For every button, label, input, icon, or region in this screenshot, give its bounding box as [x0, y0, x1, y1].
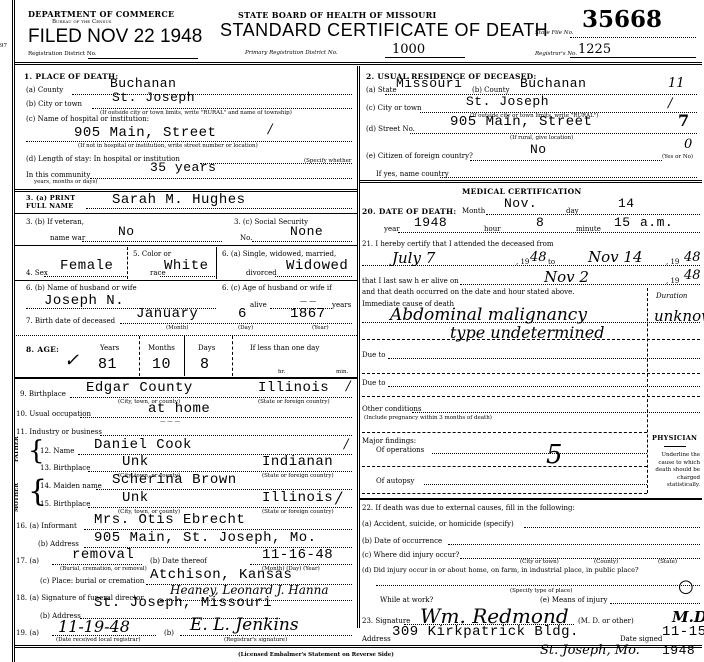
- pod-hospital-note: (If not in hospital or institution, writ…: [78, 143, 258, 149]
- registrar-sig-note: (Registrar's signature): [224, 637, 287, 643]
- mother-bp-label: 15. Birthplace: [40, 500, 90, 508]
- informant-label: 16. (a) Informant: [16, 522, 77, 530]
- medical-heading: MEDICAL CERTIFICATION: [462, 187, 582, 196]
- res-state-value: Missouri: [396, 76, 462, 91]
- operations-label: Of operations: [376, 446, 424, 454]
- last-seen-year: 48: [684, 268, 701, 283]
- age-label: 8. AGE:: [26, 345, 59, 354]
- date-year: 1948: [662, 643, 695, 658]
- embalmer-note: (Licensed Embalmer's Statement on Revers…: [238, 652, 394, 658]
- margin-number: 97: [0, 43, 7, 49]
- father-name-label: 12. Name: [40, 447, 74, 455]
- physician-heading: PHYSICIAN: [652, 434, 697, 442]
- disposition-date: 11-16-48: [262, 547, 333, 563]
- birth-day: 6: [238, 306, 247, 322]
- primary-reg-value: 1000: [392, 42, 425, 57]
- dod-day: 14: [618, 196, 635, 211]
- res-county-label: (b) County: [472, 86, 510, 94]
- registrar-number: 1225: [578, 42, 611, 57]
- res-citizen-mark: 0: [684, 137, 692, 152]
- state-board: STATE BOARD OF HEALTH OF MISSOURI: [238, 10, 437, 20]
- reg-district-label: Registration District No.: [28, 51, 97, 57]
- check-mark: /: [336, 488, 341, 507]
- deceased-name: Sarah M. Hughes: [112, 192, 246, 208]
- veteran-value: No: [118, 224, 135, 239]
- mother-side-label: MOTHER: [14, 483, 20, 512]
- spouse-value: Joseph N.: [44, 293, 124, 309]
- veteran-sub: name war: [50, 234, 85, 242]
- name-label: 3. (a) PRINT FULL NAME: [26, 194, 90, 210]
- where-label: (c) Where did injury occur?: [362, 551, 459, 559]
- res-state-label: (a) State: [366, 86, 397, 94]
- year-note: (Year): [312, 325, 329, 331]
- res-county-value: Buchanan: [520, 76, 586, 91]
- mother-name-label: 14. Maiden name: [40, 482, 102, 490]
- place-of-death-heading: 1. PLACE OF DEATH:: [24, 72, 118, 81]
- occupation-value: at home: [148, 401, 210, 417]
- months-label: Months: [148, 344, 175, 352]
- father-bp-state: Indianan: [262, 454, 333, 470]
- spouse-age-alive: alive: [250, 301, 267, 309]
- state-file-number: 35668: [582, 6, 662, 33]
- burial-place-label: (c) Place: burial or cremation: [40, 577, 144, 585]
- center-divider: [357, 66, 360, 356]
- date-signed: 11-15: [662, 624, 704, 640]
- days-value: 8: [200, 356, 210, 373]
- birth-month: January: [136, 306, 198, 322]
- marital-label: 6. (a) Single, widowed, married,: [222, 250, 336, 258]
- marital-sub: divorced: [246, 269, 277, 277]
- spouse-age-suffix: years: [332, 301, 351, 309]
- received-label: 19. (a): [16, 629, 39, 637]
- duration-label: Duration: [656, 292, 687, 300]
- industry-value: — — —: [160, 419, 180, 425]
- birthplace-label: 9. Birthplace: [20, 390, 66, 398]
- dod-year: 1948: [414, 215, 447, 230]
- father-side-label: FATHER: [14, 436, 20, 462]
- last-seen-label: that I last saw h er alive on: [362, 277, 459, 285]
- received-note: (Date received local registrar): [56, 637, 140, 643]
- check-mark: /: [668, 96, 672, 111]
- color-label: 5. Color or: [133, 250, 171, 258]
- spouse-label: 6. (b) Name of husband or wife: [26, 284, 137, 292]
- disposition-label: 17. (a): [16, 557, 39, 565]
- pod-hospital-label: (c) Name of hospital or institution:: [26, 115, 149, 123]
- father-name: Daniel Cook: [94, 437, 192, 453]
- pod-city-value: St. Joseph: [112, 90, 195, 105]
- certificate-title: STANDARD CERTIFICATE OF DEATH: [220, 20, 548, 41]
- spouse-age-label: 6. (c) Age of husband or wife if: [222, 284, 332, 292]
- marital-value: Widowed: [286, 258, 348, 274]
- color-value: White: [164, 258, 209, 274]
- res-citizen-label: (e) Citizen of foreign country?: [366, 152, 473, 160]
- attend-from-year: 48: [530, 250, 547, 265]
- birth-year: 1867: [290, 306, 326, 322]
- major-findings-label: Major findings:: [362, 437, 416, 445]
- where-note-city: (City or town): [520, 559, 559, 565]
- days-label: Days: [198, 344, 215, 352]
- mother-bp-city: Unk: [122, 490, 149, 506]
- pod-hospital-value: 905 Main, Street: [74, 125, 216, 141]
- address-label: Address: [362, 635, 391, 643]
- dod-month-label: Month: [462, 207, 485, 215]
- autopsy-label: Of autopsy: [376, 477, 414, 485]
- where-note-state: (State): [658, 559, 677, 565]
- means-label: (e) Means of injury: [540, 596, 607, 604]
- ssn-sub: No.: [240, 234, 252, 242]
- age-check: ✓: [64, 350, 79, 371]
- sex-value: Female: [60, 258, 113, 274]
- occurrence-label: (b) Date of occurrence: [362, 537, 442, 545]
- res-county-mark: 11: [668, 76, 685, 91]
- hr-label: hr.: [278, 369, 285, 375]
- pod-city-label: (b) City or town: [26, 100, 82, 108]
- spouse-age-value: — —: [300, 297, 316, 305]
- mother-bp-state: Illinois: [262, 490, 333, 506]
- attend-to-year: 48: [684, 250, 701, 265]
- ssn-value: None: [290, 224, 323, 239]
- due-to-2-label: Due to: [362, 379, 386, 387]
- external-heading: 22. If death was due to external causes,…: [362, 504, 575, 512]
- check-mark: /: [344, 437, 348, 452]
- pod-county-value: Buchanan: [110, 76, 176, 91]
- disposition-note: (Burial, cremation, or removal): [60, 566, 147, 572]
- date-signed-label: Date signed: [620, 635, 662, 643]
- day-note: (Day): [238, 325, 253, 331]
- res-street-value: 905 Main, Street: [450, 114, 592, 130]
- filed-stamp: FILED NOV 22 1948: [28, 26, 202, 48]
- pod-specify-note: (Specify whether: [304, 158, 352, 164]
- circle-mark: ○: [678, 576, 694, 597]
- industry-label: 11. Industry or business: [16, 428, 102, 436]
- res-street-mark: 7: [678, 111, 689, 130]
- due-to-1-label: Due to: [362, 351, 386, 359]
- disposition-value: removal: [72, 547, 134, 563]
- primary-reg-label: Primary Registration District No.: [245, 50, 338, 56]
- dept-commerce: DEPARTMENT OF COMMERCE: [28, 9, 174, 19]
- father-bp-label: 13. Birthplace: [40, 464, 90, 472]
- bureau-census: Bureau of the Census: [52, 19, 111, 25]
- min-label: min.: [336, 369, 348, 375]
- state-file-label: State File No.: [535, 30, 574, 36]
- birth-label: 7. Birth date of deceased: [26, 317, 115, 325]
- physician-address: 309 Kirkpatrick Bldg.: [392, 624, 579, 640]
- pod-county-label: (a) County: [26, 86, 63, 94]
- check-mark: /: [346, 379, 350, 394]
- registrar-sig-label: (b): [164, 629, 174, 637]
- registrar-signature: E. L. Jenkins: [190, 615, 299, 635]
- res-street-note: (If rural, give location): [510, 135, 573, 141]
- res-city-value: St. Joseph: [466, 94, 549, 109]
- mother-name: Scherina Brown: [112, 472, 237, 488]
- type-of-place-note: (Specify type of place): [510, 588, 572, 594]
- veteran-label: 3. (b) If veteran,: [26, 218, 84, 226]
- months-value: 10: [152, 356, 171, 373]
- res-city-label: (c) City or town: [366, 104, 422, 112]
- address-city: St. Joseph, Mo.: [540, 643, 640, 658]
- informant-address: 905 Main, St. Joseph, Mo.: [94, 530, 317, 546]
- father-bp-city: Unk: [122, 454, 149, 470]
- received-date: 11-19-48: [58, 617, 130, 636]
- occurred-label: and that death occurred on the date and …: [362, 288, 574, 296]
- birthplace-state: Illinois: [258, 380, 329, 396]
- res-country-label: If yes, name country: [376, 170, 449, 178]
- md-label: (M. D. or other): [578, 617, 634, 625]
- father-state-note: (State or foreign country): [262, 473, 334, 479]
- pod-community-note: years, months or days): [34, 179, 98, 185]
- years-value: 81: [98, 356, 117, 373]
- dod-month: Nov.: [504, 196, 537, 211]
- mother-state-note: (State or foreign country): [262, 509, 334, 515]
- res-citizen-value: No: [530, 142, 547, 157]
- pod-community-value: 35 years: [150, 160, 216, 175]
- home-label: (d) Did injury occur in or about home, o…: [362, 566, 639, 574]
- dod-ampm: a.m.: [640, 215, 673, 230]
- disposition-date-label: (b) Date thereof: [150, 557, 207, 565]
- res-street-label: (d) Street No.: [366, 125, 415, 133]
- less-than-day-label: If less than one day: [250, 344, 319, 352]
- work-label: While at work?: [380, 596, 433, 604]
- bp-state-note: (State or foreign country): [258, 399, 330, 405]
- pod-community-label: In this community: [26, 171, 90, 179]
- dod-minute: 15: [614, 215, 631, 230]
- accident-label: (a) Accident, suicide, or homicide (spec…: [362, 520, 514, 528]
- check-mark: /: [268, 122, 272, 137]
- informant-value: Mrs. Otis Ebrecht: [94, 512, 245, 528]
- physician-note: Underline the cause to which death shoul…: [650, 452, 700, 490]
- other-conditions-note: (Include pregnancy within 3 months of de…: [364, 415, 492, 421]
- attend-to: Nov 14: [588, 248, 643, 266]
- birthplace-city: Edgar County: [86, 380, 193, 396]
- month-note: (Month): [166, 325, 189, 331]
- years-label: Years: [100, 344, 119, 352]
- left-border: [12, 0, 15, 662]
- attend-label: 21. I hereby certify that I attended the…: [362, 240, 553, 248]
- where-note-county: (County): [594, 559, 618, 565]
- res-citizen-suffix: (Yes or No): [662, 154, 693, 160]
- findings-mark: 5: [546, 440, 563, 470]
- dod-hour: 8: [536, 215, 544, 230]
- burial-place: Atchison, Kansas: [150, 567, 292, 583]
- director-address: St. Joseph, Missouri: [94, 595, 272, 611]
